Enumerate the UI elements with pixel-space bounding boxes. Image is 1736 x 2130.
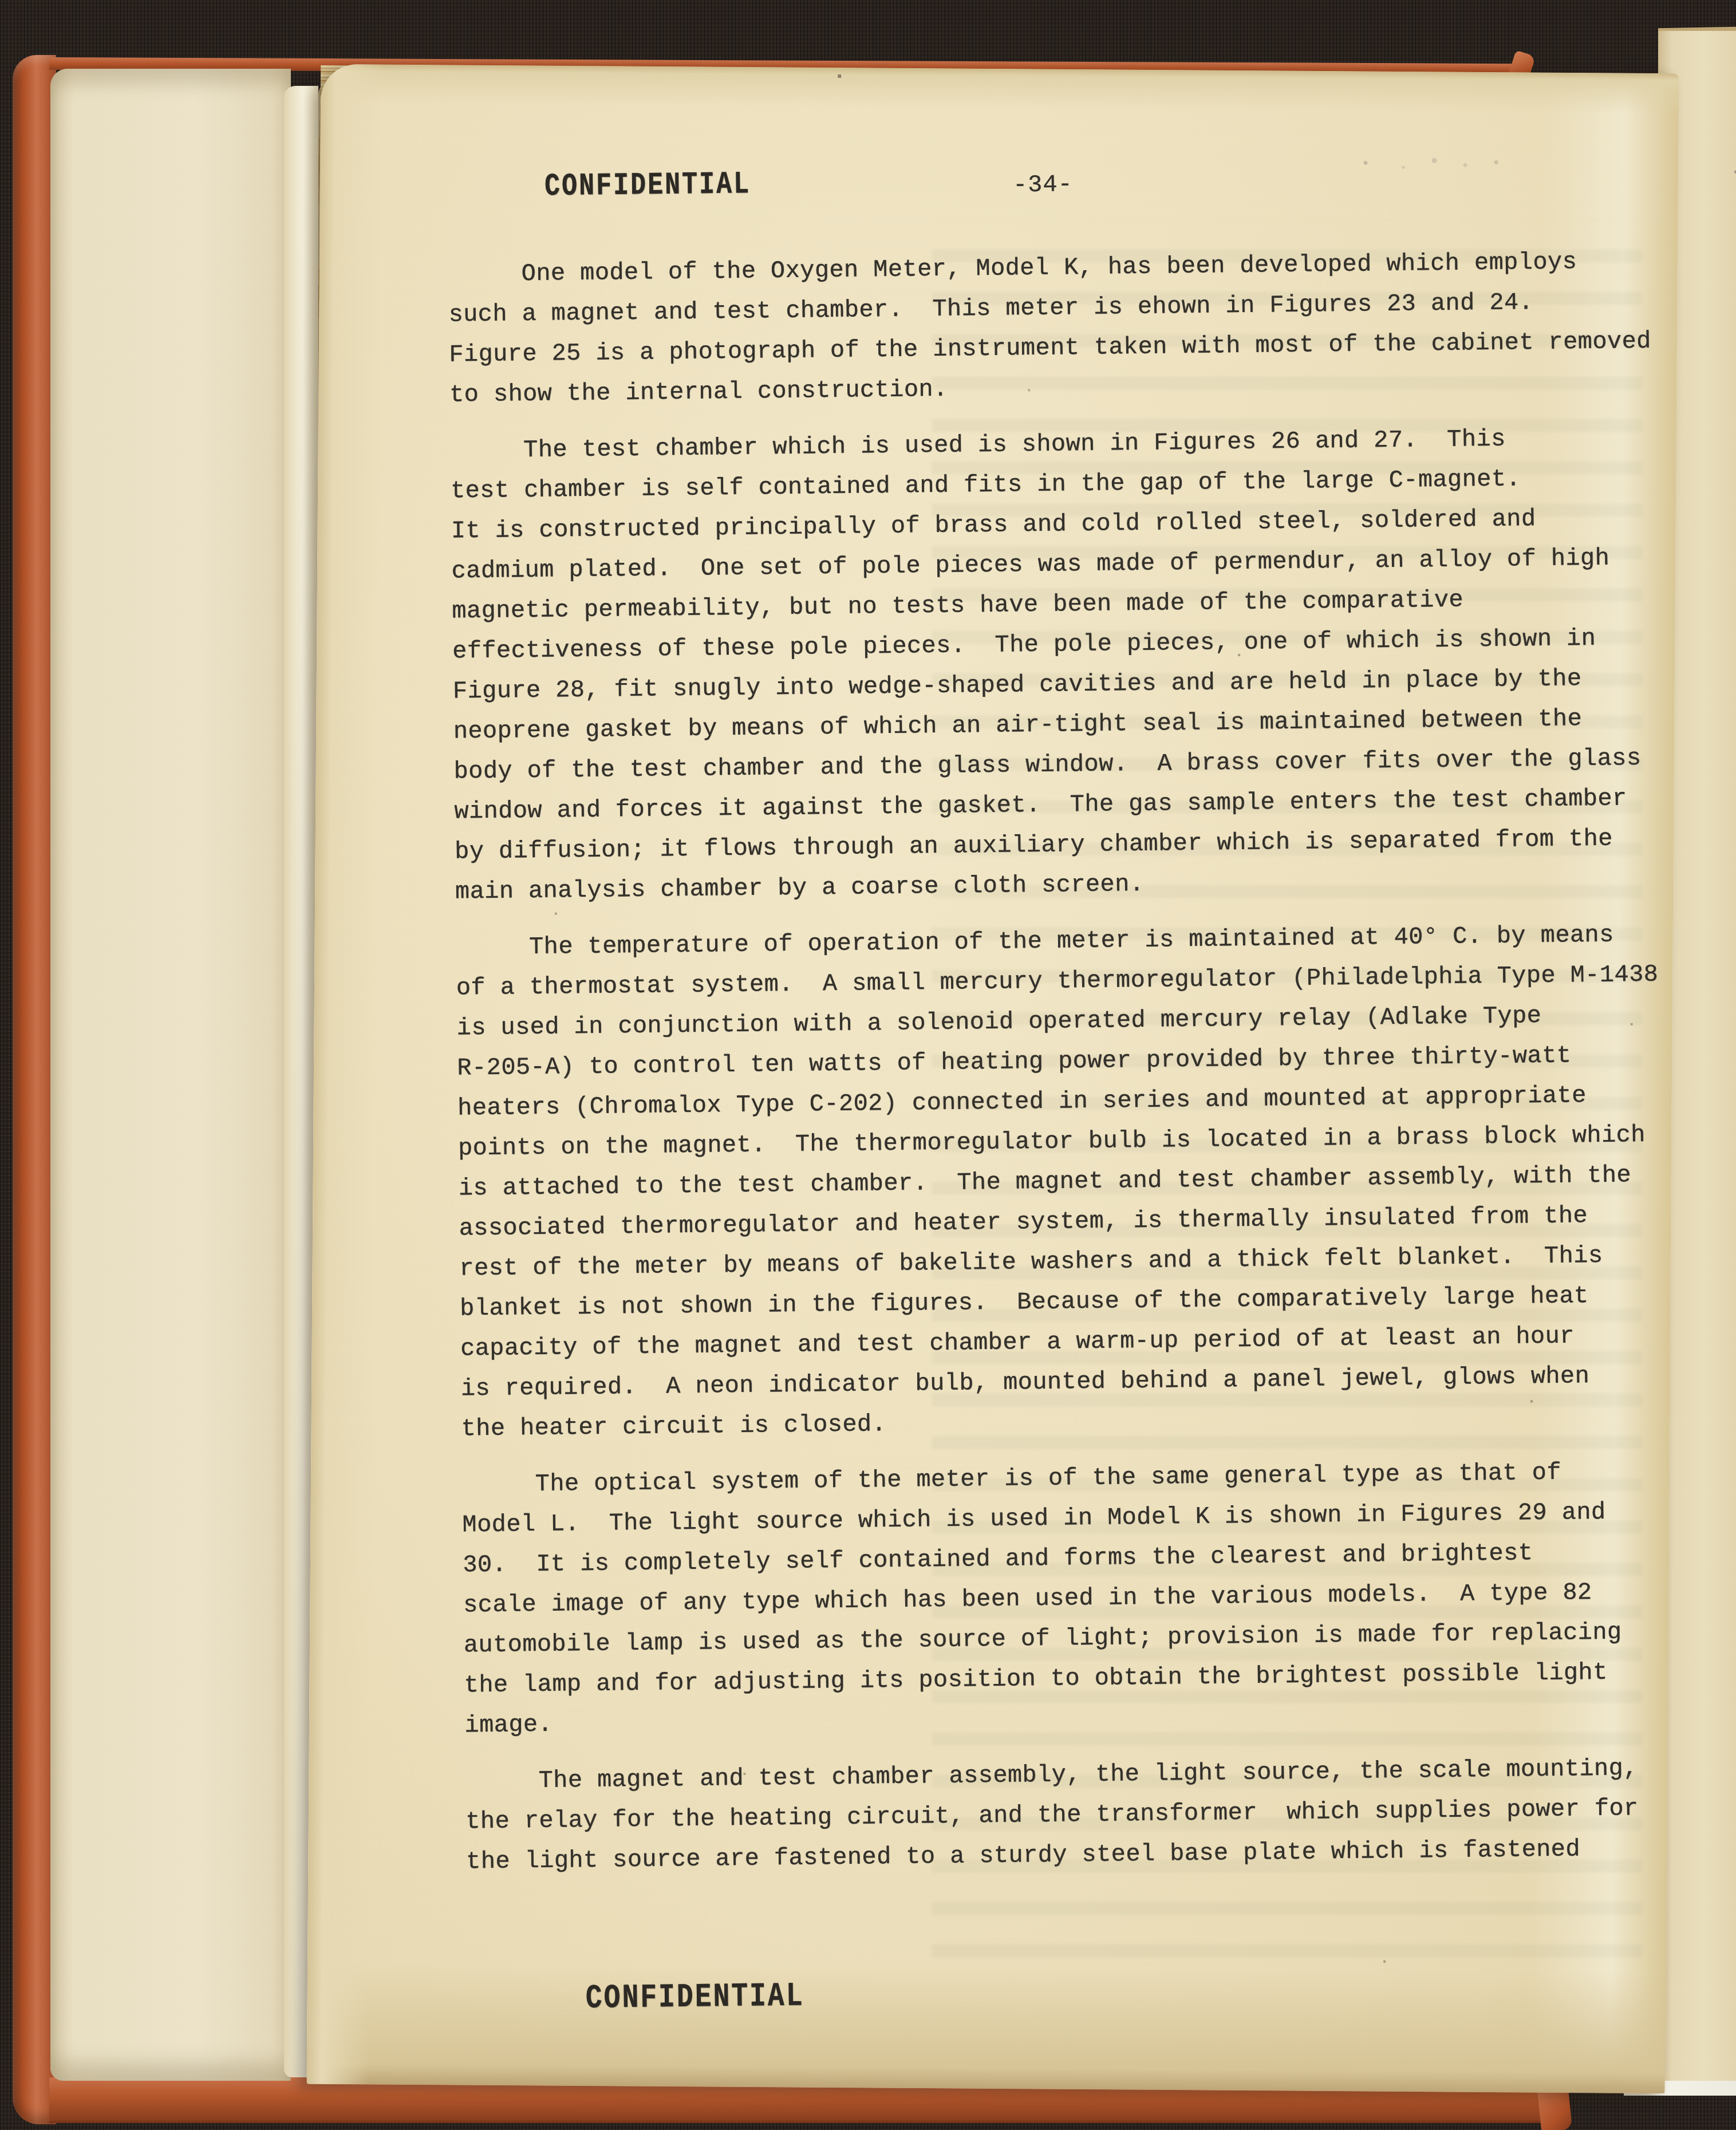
page-body-text: One model of the Oxygen Meter, Model K, … [448, 240, 1709, 1898]
paper-specks [321, 64, 322, 65]
document-page: CONFIDENTIAL -34- One model of the Oxyge… [307, 64, 1679, 2093]
confidential-stamp-bottom: CONFIDENTIAL [586, 1978, 804, 2018]
book-cover-left-edge [13, 55, 56, 2124]
paragraph-1: One model of the Oxygen Meter, Model K, … [448, 240, 1692, 415]
paragraph-5: The magnet and test chamber assembly, th… [465, 1748, 1709, 1882]
page-number: -34- [1013, 171, 1073, 199]
paragraph-2: The test chamber which is used is shown … [450, 417, 1698, 912]
paragraph-3: The temperature of operation of the mete… [456, 914, 1704, 1449]
typewritten-layer: CONFIDENTIAL -34- One model of the Oxyge… [317, 52, 1698, 2087]
photo-backdrop-cloth: CONFIDENTIAL -34- One model of the Oxyge… [0, 0, 1736, 2130]
endpaper-page [50, 69, 291, 2081]
confidential-stamp-top: CONFIDENTIAL [545, 167, 751, 204]
paragraph-4: The optical system of the meter is of th… [461, 1451, 1707, 1746]
